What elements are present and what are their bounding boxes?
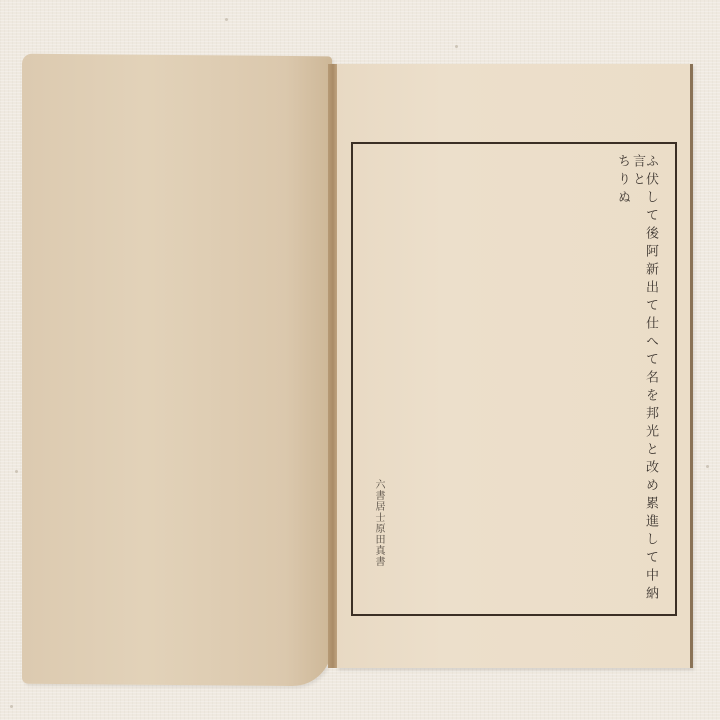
text-frame: ふ伏して後阿新出て仕へて名を邦光と改め累進して中納言と ちりぬ 六書居士原田真書 [351,142,677,616]
right-page: ふ伏して後阿新出て仕へて名を邦光と改め累進して中納言と ちりぬ 六書居士原田真書 [337,64,693,668]
text-column-1: ふ伏して後阿新出て仕へて名を邦光と改め累進して中納言と [631,154,657,614]
background-speck [455,45,458,48]
text-column-2: ちりぬ [616,154,629,208]
background-speck [15,470,18,473]
background-speck [10,705,13,708]
background-speck [706,465,709,468]
signature: 六書居士原田真書 [373,479,383,567]
left-page [22,54,332,687]
background-speck [225,18,228,21]
